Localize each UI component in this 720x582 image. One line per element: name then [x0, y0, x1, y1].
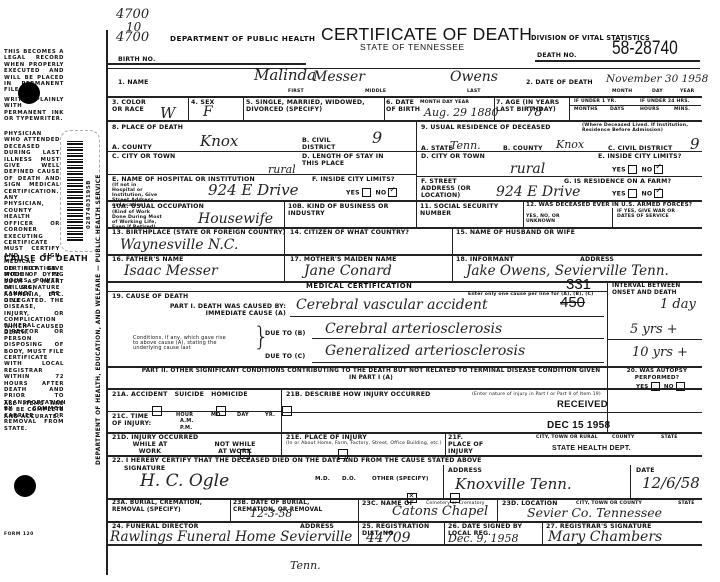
margin-note-complete: ALL ITEMS ARE TO BE COMPLETE AND ACCURAT…	[4, 401, 64, 420]
dob-sub-label: MONTH DAY YEAR	[420, 100, 469, 105]
dob-value: Aug. 29 1880	[424, 106, 499, 120]
reg-dist: 44709	[366, 531, 411, 545]
due-c-label: DUE TO (C)	[265, 353, 305, 360]
spouse-label: 15. NAME OF HUSBAND OR WIFE	[456, 229, 575, 236]
res-city: rural	[510, 162, 545, 176]
dob-label: 6. DATE OF BIRTH	[386, 99, 422, 113]
part1-label: PART I. DEATH WAS CAUSED BY: IMMEDIATE C…	[146, 303, 286, 317]
place-f-label: 21F. PLACE OF INJURY	[448, 434, 484, 455]
pod-county: Knox	[200, 134, 238, 148]
other-label: OTHER (SPECIFY)	[372, 477, 429, 482]
registrar-signature: Mary Chambers	[548, 530, 662, 544]
days-label: DAYS	[610, 107, 624, 112]
res-farm-label: G. IS RESIDENCE ON A FARM?	[564, 178, 671, 185]
residence-note: (Where Deceased Lived. If Institution, R…	[582, 123, 700, 133]
color-value: W	[160, 106, 175, 120]
certify-date-label: DATE	[636, 467, 655, 474]
place-of-death-label: 8. PLACE OF DEATH	[112, 124, 183, 131]
funeral-director: Rawlings Funeral Home Sevierville	[110, 530, 352, 544]
location-state-label: STATE	[678, 501, 695, 506]
pod-limits-label: F. INSIDE CITY LIMITS?	[312, 176, 395, 183]
mother-value: Jane Conard	[304, 264, 392, 278]
ssn-label: 11. SOCIAL SECURITY NUMBER	[420, 203, 500, 217]
day-label: DAY	[237, 413, 249, 418]
barcode-icon	[67, 141, 83, 241]
certify-address-label: ADDRESS	[448, 467, 482, 474]
date-of-death-value: November 30 1958	[606, 72, 708, 86]
burial-type-label: 23A. BURIAL, CREMATION, REMOVAL (SPECIFY…	[112, 500, 224, 514]
res-limits-yes-checkbox[interactable]	[628, 165, 637, 174]
place-of-injury-label: 21E. PLACE OF INJURY	[286, 434, 367, 441]
certify-text: 22. I HEREBY CERTIFY THAT THE DECEASED D…	[112, 457, 592, 464]
do-label: D.O.	[342, 477, 356, 482]
months-label: MONTHS	[574, 107, 598, 112]
part2-label: PART II. OTHER SIGNIFICANT CONDITIONS CO…	[140, 368, 602, 382]
business-label: 10B. KIND OF BUSINESS OR INDUSTRY	[288, 203, 403, 217]
city-rural-label: CITY, TOWN OR RURAL	[536, 435, 598, 440]
cause-code-2: 450	[560, 294, 585, 311]
res-county: Knox	[556, 138, 584, 152]
res-limits-no-label: NO	[641, 167, 652, 174]
dod-year-label: YEAR	[680, 89, 694, 94]
pod-district-label: B. CIVIL DISTRICT	[302, 137, 352, 151]
cause-c: Generalized arteriosclerosis	[325, 344, 525, 358]
armed-forces-label: 12. WAS DECEASED EVER IN U.S. ARMED FORC…	[526, 202, 692, 209]
burial-date: 12-3-58	[250, 507, 292, 521]
pod-limits-no-label: NO	[375, 190, 386, 197]
injury-county-label: COUNTY	[612, 435, 635, 440]
res-farm-yes-checkbox[interactable]	[628, 189, 637, 198]
certify-address: Knoxville Tenn.	[455, 477, 572, 491]
state-health-dept-stamp: STATE HEALTH DEPT.	[552, 445, 631, 452]
occupation-label: 10A. USUAL OCCUPATION	[112, 203, 204, 210]
mother-label: 17. MOTHER'S MAIDEN NAME	[290, 256, 397, 263]
res-limits-yes-label: YES	[612, 167, 626, 174]
birthplace-value: Waynesville N.C.	[120, 238, 238, 252]
res-farm-no-label: NO	[641, 191, 652, 198]
injury-type-labels: 21A. ACCIDENT SUICIDE HOMICIDE	[112, 391, 248, 398]
res-limits-options: YES NO	[612, 165, 663, 174]
barcode-number: 0287403195B	[86, 180, 92, 229]
pod-district: 9	[372, 131, 382, 145]
color-label: 3. COLOR OR RACE	[112, 99, 152, 113]
margin-note-write-plainly: WRITE PLAINLY WITH PERMANENT INK OR TYPE…	[4, 97, 64, 123]
age-value: 78	[526, 106, 543, 120]
funeral-director-line2: Tenn.	[290, 559, 321, 573]
date-of-death-label: 2. DATE OF DEATH	[526, 79, 593, 86]
hospital-value: 924 E Drive	[208, 183, 298, 197]
pod-city-label: C. CITY OR TOWN	[112, 153, 175, 160]
interval-label: INTERVAL BETWEEN ONSET AND DEATH	[612, 283, 702, 297]
informant-address-label: ADDRESS	[580, 256, 614, 263]
armed-forces-yn: YES, NO, OR UNKNOWN	[526, 214, 571, 224]
pod-limits-options: YES NO	[346, 188, 397, 197]
describe-injury-note: (Enter nature of injury in Part I or Par…	[472, 392, 601, 397]
birthplace-label: 13. BIRTHPLACE (State or Foreign Country…	[112, 229, 286, 236]
citizen-label: 14. CITIZEN OF WHAT COUNTRY?	[290, 229, 409, 236]
pod-county-label: A. COUNTY	[112, 144, 152, 151]
res-farm-options: YES NO	[612, 189, 663, 198]
cause-of-death-label: 19. CAUSE OF DEATH	[112, 293, 188, 300]
conditions-note: Conditions, if any, which gave rise to a…	[133, 336, 233, 351]
occupation-value: Housewife	[198, 212, 273, 226]
time-of-injury-label: 21C. TIME OF INJURY:	[112, 413, 152, 427]
name-last: Owens	[450, 70, 498, 84]
res-street-label: F. STREET ADDRESS (OR LOCATION)	[421, 178, 491, 199]
not-while-at-work-label: NOT WHILE AT WORK	[210, 441, 260, 455]
received-date-stamp: DEC 15 1958	[547, 420, 610, 431]
cause-b: Cerebral arteriosclerosis	[325, 322, 502, 336]
describe-injury-label: 21B. DESCRIBE HOW INJURY OCCURRED	[286, 391, 431, 398]
informant-label: 18. INFORMANT	[456, 256, 514, 263]
accident-label: 21A. ACCIDENT	[112, 391, 168, 398]
under-1yr-label: IF UNDER 1 YR.	[574, 99, 616, 104]
physician-signature: H. C. Ogle	[140, 474, 229, 488]
res-limits-no-checkbox[interactable]	[654, 165, 663, 174]
birth-no-label: BIRTH NO.	[118, 56, 156, 63]
while-at-work-label: WHILE AT WORK	[130, 441, 170, 455]
father-value: Isaac Messer	[124, 264, 218, 278]
pod-stay-label: D. LENGTH OF STAY IN THIS PLACE	[302, 153, 392, 167]
sex-value: F	[203, 105, 213, 119]
certify-date: 12/6/58	[642, 476, 700, 490]
death-no-label: DEATH NO.	[537, 52, 577, 59]
pod-limits-no-checkbox[interactable]	[388, 188, 397, 197]
under-24hrs-label: IF UNDER 24 HRS.	[640, 99, 690, 104]
vertical-department-text: DEPARTMENT OF HEALTH, EDUCATION, AND WEL…	[96, 174, 102, 465]
year-label: YR.	[265, 413, 275, 418]
place-of-injury-note: (In or About Home, Farm, Factory, Street…	[286, 441, 446, 446]
residence-label: 9. USUAL RESIDENCE OF DECEASED	[421, 124, 551, 131]
interval-a: 1 day	[660, 298, 696, 312]
file-number-3: 4700	[116, 31, 149, 45]
cemetery-value: Catons Chapel	[392, 505, 488, 519]
received-stamp: RECEIVED	[557, 399, 608, 410]
barcode-label: 0287403195B	[60, 130, 100, 252]
dod-day-label: DAY	[652, 89, 663, 94]
name-last-label: LAST	[467, 89, 481, 94]
form-number: FORM 120	[4, 532, 34, 537]
due-b-label: DUE TO (B)	[265, 330, 306, 337]
res-limits-label: E. INSIDE CITY LIMITS?	[598, 153, 682, 160]
res-farm-no-checkbox[interactable]	[654, 189, 663, 198]
medical-cert-heading: MEDICAL CERTIFICATION	[306, 283, 412, 290]
res-street: 924 E Drive	[496, 185, 580, 199]
injury-occurred-label: 21D. INJURY OCCURRED	[112, 434, 198, 441]
homicide-label: HOMICIDE	[211, 391, 248, 398]
department-heading: DEPARTMENT OF PUBLIC HEALTH	[170, 34, 315, 43]
mins-label: MINS.	[674, 107, 690, 112]
name-middle-label: MIDDLE	[365, 89, 386, 94]
res-city-label: D. CITY OR TOWN	[421, 153, 485, 160]
father-label: 16. FATHER'S NAME	[112, 256, 184, 263]
res-district: 9	[690, 137, 700, 151]
am-label: A.M.	[180, 419, 194, 424]
interval-c: 10 yrs +	[632, 346, 688, 360]
homicide-checkbox[interactable]	[282, 406, 292, 416]
dod-month-label: MONTH	[612, 89, 632, 94]
interval-b: 5 yrs +	[630, 323, 678, 337]
md-label: M.D.	[315, 477, 330, 482]
cause-a: Cerebral vascular accident	[296, 298, 488, 312]
margin-cause-title: CAUSE OF DEATH	[4, 254, 88, 263]
marital-label: 5. SINGLE, MARRIED, WIDOWED, DIVORCED (S…	[246, 99, 386, 113]
suicide-label: SUICIDE	[175, 391, 204, 398]
name-middle: Messer	[313, 70, 365, 84]
name-first-label: FIRST	[288, 89, 304, 94]
armed-forces-dates: IF YES, GIVE WAR OR DATES OF SERVICE	[617, 209, 677, 219]
location-value: Sevier Co. Tennessee	[527, 506, 662, 520]
hours-label: HOURS	[640, 107, 659, 112]
autopsy-label: 20. WAS AUTOPSY PERFORMED?	[612, 368, 702, 382]
month-label: MO.	[211, 413, 223, 418]
injury-state-label: STATE	[661, 435, 678, 440]
conditions-brace: }	[253, 322, 270, 352]
res-farm-yes-label: YES	[612, 191, 626, 198]
punch-hole-bottom	[14, 475, 36, 497]
name-first: Malinda	[254, 68, 316, 82]
pm-label: P.M.	[180, 426, 192, 431]
pod-limits-yes-label: YES	[346, 190, 360, 197]
state-subtitle: STATE OF TENNESSEE	[360, 42, 465, 52]
death-number: 58-28740	[612, 38, 678, 60]
pod-limits-yes-checkbox[interactable]	[362, 188, 371, 197]
name-label: 1. NAME	[118, 79, 149, 86]
